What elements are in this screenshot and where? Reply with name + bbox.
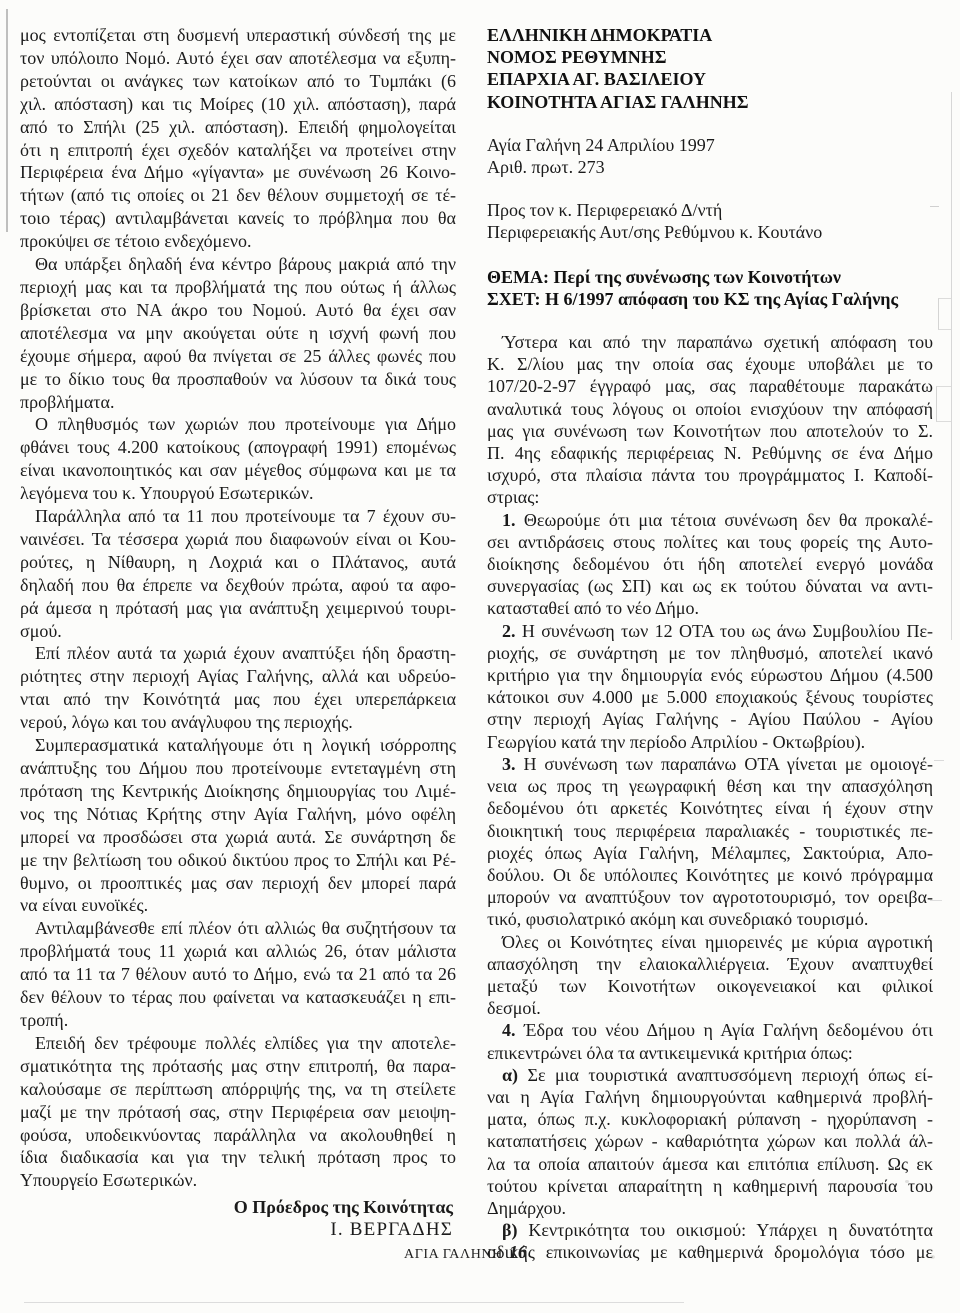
scan-artifact-right-line xyxy=(951,92,952,640)
text-line: ΘΕΜΑ: Περί της συνένωσης των Κοινοτήτων xyxy=(487,266,933,288)
text-line: 2. Η συνένωση των 12 ΟΤΑ του ως άνω Συμβ… xyxy=(487,620,933,642)
text-line: β) Κεντρικότητα του οικισμού: Υπάρχει η … xyxy=(487,1219,933,1241)
paragraph: Όλες οι Κοινότητες είναι ημιορεινές με κ… xyxy=(487,931,933,1020)
text-line: Ι. ΒΕΡΓΑΔΗΣ xyxy=(20,1219,456,1242)
text-line: ρετούνται οι ανάγκες των κατοίκων από το… xyxy=(20,70,456,93)
text-line: δεδομένου ότι αρκετές Κοινότητες είναι ή… xyxy=(487,797,933,819)
text-line: τροπή. xyxy=(20,1009,456,1032)
text-line: με την βελτίωση του οδικού δικτύου προς … xyxy=(20,849,456,872)
text-line: μπορεί να προσδώσει στα χωριά αυτά. Σε σ… xyxy=(20,826,456,849)
text-line: ανάπτυξης του Δήμου που προτείνουμε εντε… xyxy=(20,757,456,780)
text-line: στην περιοχή Αγίας Γαλήνης - Αγίου Παύλο… xyxy=(487,708,933,730)
text-line: Ύστερα και από την παραπάνω σχετική απόφ… xyxy=(487,331,933,353)
scan-artifact-bracket xyxy=(936,386,951,422)
text-line: νται από την Κοινότητά μας που έχει υπερ… xyxy=(20,688,456,711)
text-line: κριτήριο για την δημιουργία ενός εύρωστο… xyxy=(487,664,933,686)
text-line: περιοχή μας και τα προβλήματά της που ού… xyxy=(20,276,456,299)
text-line: μεταξύ των Κοινοτήτων οικογενειακοί και … xyxy=(487,975,933,997)
text-line: από τα 11 τα 7 θέλουν αυτό το Δήμο, ενώ … xyxy=(20,963,456,986)
text-line: να είναι ευνοϊκές. xyxy=(20,894,456,917)
text-line: φούσα, υποδεικνύοντας παράλληλα να ακολο… xyxy=(20,1124,456,1147)
text-line: προβλήματά τους 11 χωριά και αλλιώς 26, … xyxy=(20,940,456,963)
paragraph: 1. Θεωρούμε ότι μια τέτοια συνένωση δεν … xyxy=(487,509,933,620)
text-line: Αγία Γαλήνη 24 Απριλίου 1997 xyxy=(487,134,933,156)
text-line: σμού. xyxy=(20,620,456,643)
text-line: από το Σπήλι (25 χιλ. απόσταση). Επειδή … xyxy=(20,116,456,139)
text-line: κάτοικοι συν 4.000 με 5.000 εποχιακούς ξ… xyxy=(487,686,933,708)
text-line: καλούσαμε σε περίπτωση απόρριψής της, να… xyxy=(20,1078,456,1101)
text-line: Υπουργείο Εσωτερικών. xyxy=(20,1169,456,1192)
text-line: προκύψει σε τέτοιο ενδεχόμενο. xyxy=(20,230,456,253)
text-line: μπορούν να αναπτύξουν τον αγροτοτουρισμό… xyxy=(487,886,933,908)
text-line: οδικής επικοινωνίας με καθημερινά δρομολ… xyxy=(487,1241,933,1263)
paragraph: μος εντοπίζεται στη δυσμενή υπεραστική σ… xyxy=(20,24,456,253)
page-footer: ΑΓΙΑ ΓΑΛΗΝΗ16 xyxy=(404,1242,527,1263)
text-line: λα τα οποία απαιτούν άμεσα και επιτόπια … xyxy=(487,1153,933,1175)
text-line: 1. Θεωρούμε ότι μια τέτοια συνένωση δεν … xyxy=(487,509,933,531)
text-line: τον υπόλοιπο Νομό. Αυτό έχει σαν αποτέλε… xyxy=(20,47,456,70)
text-line: στριας: xyxy=(487,486,933,508)
text-line: θυμνο, οι προοπτικές μας σαν περιοχή δεν… xyxy=(20,872,456,895)
text-line: Δημάρχου. xyxy=(487,1197,933,1219)
text-line: σματικότητα της πρότασής μας στην επιτρο… xyxy=(20,1055,456,1078)
text-line: βρίσκεται στο ΝΑ άκρο του Νομού. Αυτό θα… xyxy=(20,299,456,322)
text-line: ίδια διαδικασία και για την τελική πρότα… xyxy=(20,1146,456,1169)
text-line: χιλ. απόσταση) και τις Μοίρες (10 χιλ. α… xyxy=(20,93,456,116)
text-line: Προς τον κ. Περιφερειακό Δ/ντή xyxy=(487,199,933,221)
text-line: νος της Νότιας Κρήτης στην Αγία Γαλήνη, … xyxy=(20,803,456,826)
letterhead: ΕΛΛΗΝΙΚΗ ΔΗΜΟΚΡΑΤΙΑΝΟΜΟΣ ΡΕΘΥΜΝΗΣΕΠΑΡΧΙΑ… xyxy=(487,24,933,113)
text-line: δεν θέλουν το τέρας που φαίνεται να κατα… xyxy=(20,986,456,1009)
text-line: έχουμε σήμερα, αφού θα πνίγεται σε 25 άλ… xyxy=(20,345,456,368)
text-line: Περιφερειακής Αυτ/σης Ρεθύμνου κ. Κουτάν… xyxy=(487,221,933,243)
text-line: ΣΧΕΤ: Η 6/1997 απόφαση του ΚΣ της Αγίας … xyxy=(487,288,933,310)
paragraph: Επειδή δεν τρέφουμε πολλές ελπίδες για τ… xyxy=(20,1032,456,1192)
text-line: Επί πλέον αυτά τα χωριά έχουν αναπτύξει … xyxy=(20,642,456,665)
scan-artifact-left-line xyxy=(6,9,8,232)
scan-artifact-dash xyxy=(934,760,944,761)
paragraph: α) Σε μια τουριστικά αναπτυσσόμενη περιο… xyxy=(487,1064,933,1219)
text-line: καταπατήσεις χώρων - καθαριότητα χώρων κ… xyxy=(487,1130,933,1152)
text-line: Αντιλαμβάνεσθε επί πλέον ότι αλλιώς θα σ… xyxy=(20,917,456,940)
paragraph: 2. Η συνένωση των 12 ΟΤΑ του ως άνω Συμβ… xyxy=(487,620,933,753)
text-line: Γεωργίου κατά την περίοδο Απριλίου - Οκτ… xyxy=(487,731,933,753)
text-line: πρόταση της Κεντρικής Διοίκησης δημιουργ… xyxy=(20,780,456,803)
text-line: λεγόμενα του κ. Υπουργού Εσωτερικών. xyxy=(20,482,456,505)
paragraph: 3. Η συνένωση των παραπάνω ΟΤΑ γίνεται μ… xyxy=(487,753,933,931)
paragraph: 4. Έδρα του νέου Δήμου η Αγία Γαλήνη δεδ… xyxy=(487,1019,933,1063)
text-line: 107/20-2-97 έγγραφό μας, σας παραθέτουμε… xyxy=(487,375,933,397)
scan-artifact-bracket xyxy=(938,298,951,330)
text-line: Περιφέρεια ένα Δήμο «γίγαντα» με συνένωσ… xyxy=(20,161,456,184)
paragraph: Επί πλέον αυτά τα χωριά έχουν αναπτύξει … xyxy=(20,642,456,734)
text-line: νεια ως προς τη γεωγραφική θέση και την … xyxy=(487,775,933,797)
text-line: συνεργασίας (ως ΣΠ) και ως εκ τούτου δύν… xyxy=(487,575,933,597)
text-line: κατασταθεί από το νέο Δήμο. xyxy=(487,597,933,619)
right-column: ΕΛΛΗΝΙΚΗ ΔΗΜΟΚΡΑΤΙΑΝΟΜΟΣ ΡΕΘΥΜΝΗΣΕΠΑΡΧΙΑ… xyxy=(487,24,933,1264)
text-line: ΕΠΑΡΧΙΑ ΑΓ. ΒΑΣΙΛΕΙΟΥ xyxy=(487,68,933,90)
text-line: Αριθ. πρωτ. 273 xyxy=(487,156,933,178)
text-line: ισχυρό, στα πλαίσια πάντα του προγράμματ… xyxy=(487,464,933,486)
recipient-block: Προς τον κ. Περιφερειακό Δ/ντήΠεριφερεια… xyxy=(487,199,933,243)
text-line: Ο πληθυσμός των χωριών που προτείνουμε γ… xyxy=(20,413,456,436)
text-line: προβλήματα. xyxy=(20,391,456,414)
text-line: δηλαδή που θα έπρεπε να δεχθούν πρώτα, α… xyxy=(20,574,456,597)
text-line: 3. Η συνένωση των παραπάνω ΟΤΑ γίνεται μ… xyxy=(487,753,933,775)
text-line: διοικητική τους περιφέρεια παραλιακές - … xyxy=(487,820,933,842)
paragraph: Ο πληθυσμός των χωριών που προτείνουμε γ… xyxy=(20,413,456,505)
text-line: δεσμοί. xyxy=(487,997,933,1019)
text-line: Ο Πρόεδρος της Κοινότητας xyxy=(20,1196,456,1219)
text-line: δούλου. Οι δε υπόλοιπες Κοινότητες με κο… xyxy=(487,864,933,886)
text-line: ότι η επιτροπή έχει σχεδόν καταλήξει να … xyxy=(20,139,456,162)
scanned-page: μος εντοπίζεται στη δυσμενή υπεραστική σ… xyxy=(0,0,960,1313)
paragraph: Παράλληλα από τα 11 που προτείνουμε τα 7… xyxy=(20,505,456,642)
text-line: ριοχές όπως Αγία Γαλήνη, Μέλαμπες, Σακτο… xyxy=(487,842,933,864)
text-line: αναλυτικά τους λόγους οι οποίοι ενισχύου… xyxy=(487,398,933,420)
text-line: ρούτες, η Νίθαυρη, η Λοχριά και ο Πλάταν… xyxy=(20,551,456,574)
text-line: α) Σε μια τουριστικά αναπτυσσόμενη περιο… xyxy=(487,1064,933,1086)
text-line: Όλες οι Κοινότητες είναι ημιορεινές με κ… xyxy=(487,931,933,953)
text-line: απασχόληση την ελαιοκαλλιέργεια. Έχουν α… xyxy=(487,953,933,975)
text-line: διοίκησης δεδομένου ότι ήδη αποτελεί ενε… xyxy=(487,553,933,575)
text-line: ριότητες στην περιοχή Αγίας Γαλήνης, αλλ… xyxy=(20,665,456,688)
footer-journal-title: ΑΓΙΑ ΓΑΛΗΝΗ xyxy=(404,1247,503,1262)
text-line: ναι η Αγία Γαλήνη δημιουργούνται καθημερ… xyxy=(487,1086,933,1108)
paragraph: Θα υπάρξει δηλαδή ένα κέντρο βάρους μακρ… xyxy=(20,253,456,413)
paragraph: β) Κεντρικότητα του οικισμού: Υπάρχει η … xyxy=(487,1219,933,1263)
text-line: μας για συνένωση των Κοινοτήτων που αποτ… xyxy=(487,420,933,442)
text-line: 4. Έδρα του νέου Δήμου η Αγία Γαλήνη δεδ… xyxy=(487,1019,933,1041)
subject-block: ΘΕΜΑ: Περί της συνένωσης των ΚοινοτήτωνΣ… xyxy=(487,266,933,310)
text-line: τικό, φυσιολατρικό ακόμη και συνεδριακό … xyxy=(487,908,933,930)
text-line: τήτων (από τις οποίες οι 21 δεν θέλουν σ… xyxy=(20,184,456,207)
text-line: είναι ικανοποιητικός και σαν μέγεθος σύμ… xyxy=(20,459,456,482)
paragraph: Ύστερα και από την παραπάνω σχετική απόφ… xyxy=(487,331,933,509)
left-column: μος εντοπίζεται στη δυσμενή υπεραστική σ… xyxy=(20,24,456,1242)
text-line: ΕΛΛΗΝΙΚΗ ΔΗΜΟΚΡΑΤΙΑ xyxy=(487,24,933,46)
text-line: με το δίκιο τους θα προσπαθούν να λύσουν… xyxy=(20,368,456,391)
text-line: τοιο τέρας) αντιλαμβάνεται κανείς το πρό… xyxy=(20,207,456,230)
text-line: Κ. Σ/λίου μας την οποία σας έχουμε υποβά… xyxy=(487,353,933,375)
text-line: νερού, λόγω και του ανάγλυφου της περιοχ… xyxy=(20,711,456,734)
text-line: ΝΟΜΟΣ ΡΕΘΥΜΝΗΣ xyxy=(487,46,933,68)
text-line: ματα, όπως π.χ. κυκλοφοριακή ρύπανση - η… xyxy=(487,1108,933,1130)
paragraph: Αντιλαμβάνεσθε επί πλέον ότι αλλιώς θα σ… xyxy=(20,917,456,1032)
text-line: τούτου κρίνεται απαραίτητη η καθημερινή … xyxy=(487,1175,933,1197)
footer-page-number: 16 xyxy=(509,1242,527,1262)
date-block: Αγία Γαλήνη 24 Απριλίου 1997Αριθ. πρωτ. … xyxy=(487,134,933,178)
text-line: Συμπερασματικά καταλήγουμε ότι η λογική … xyxy=(20,734,456,757)
text-line: μαζί με την πρότασή σας, στην Περιφέρεια… xyxy=(20,1101,456,1124)
text-line: επικεντρώνει όλα τα αντικειμενικά κριτήρ… xyxy=(487,1042,933,1064)
text-line: Παράλληλα από τα 11 που προτείνουμε τα 7… xyxy=(20,505,456,528)
text-line: Θα υπάρξει δηλαδή ένα κέντρο βάρους μακρ… xyxy=(20,253,456,276)
scan-artifact-bottom-line xyxy=(24,1302,684,1303)
text-line: σει αντιδράσεις στους πολίτες και τους φ… xyxy=(487,531,933,553)
text-line: Π. 4ης εδαφικής περιφέρειας Ν. Ρεθύμνης … xyxy=(487,442,933,464)
text-line: ριοχής, σε συνάρτηση με τον πληθυσμό, απ… xyxy=(487,642,933,664)
text-line: φθάνει τους 4.200 κατοίκους (απογραφή 19… xyxy=(20,436,456,459)
text-line: ρά άμεσα η πρότασή μας για ανάπτυξη χειμ… xyxy=(20,597,456,620)
text-line: μος εντοπίζεται στη δυσμενή υπεραστική σ… xyxy=(20,24,456,47)
text-line: αποτέλεσμα να μην ακούγεται ούτε η ισχνή… xyxy=(20,322,456,345)
text-line: Επειδή δεν τρέφουμε πολλές ελπίδες για τ… xyxy=(20,1032,456,1055)
paragraph: Συμπερασματικά καταλήγουμε ότι η λογική … xyxy=(20,734,456,917)
text-line: ναινέσει. Τα τέσσερα χωριά που διαφωνούν… xyxy=(20,528,456,551)
text-line: ΚΟΙΝΟΤΗΤΑ ΑΓΙΑΣ ΓΑΛΗΝΗΣ xyxy=(487,91,933,113)
signature: Ο Πρόεδρος της ΚοινότηταςΙ. ΒΕΡΓΑΔΗΣ xyxy=(20,1196,456,1242)
